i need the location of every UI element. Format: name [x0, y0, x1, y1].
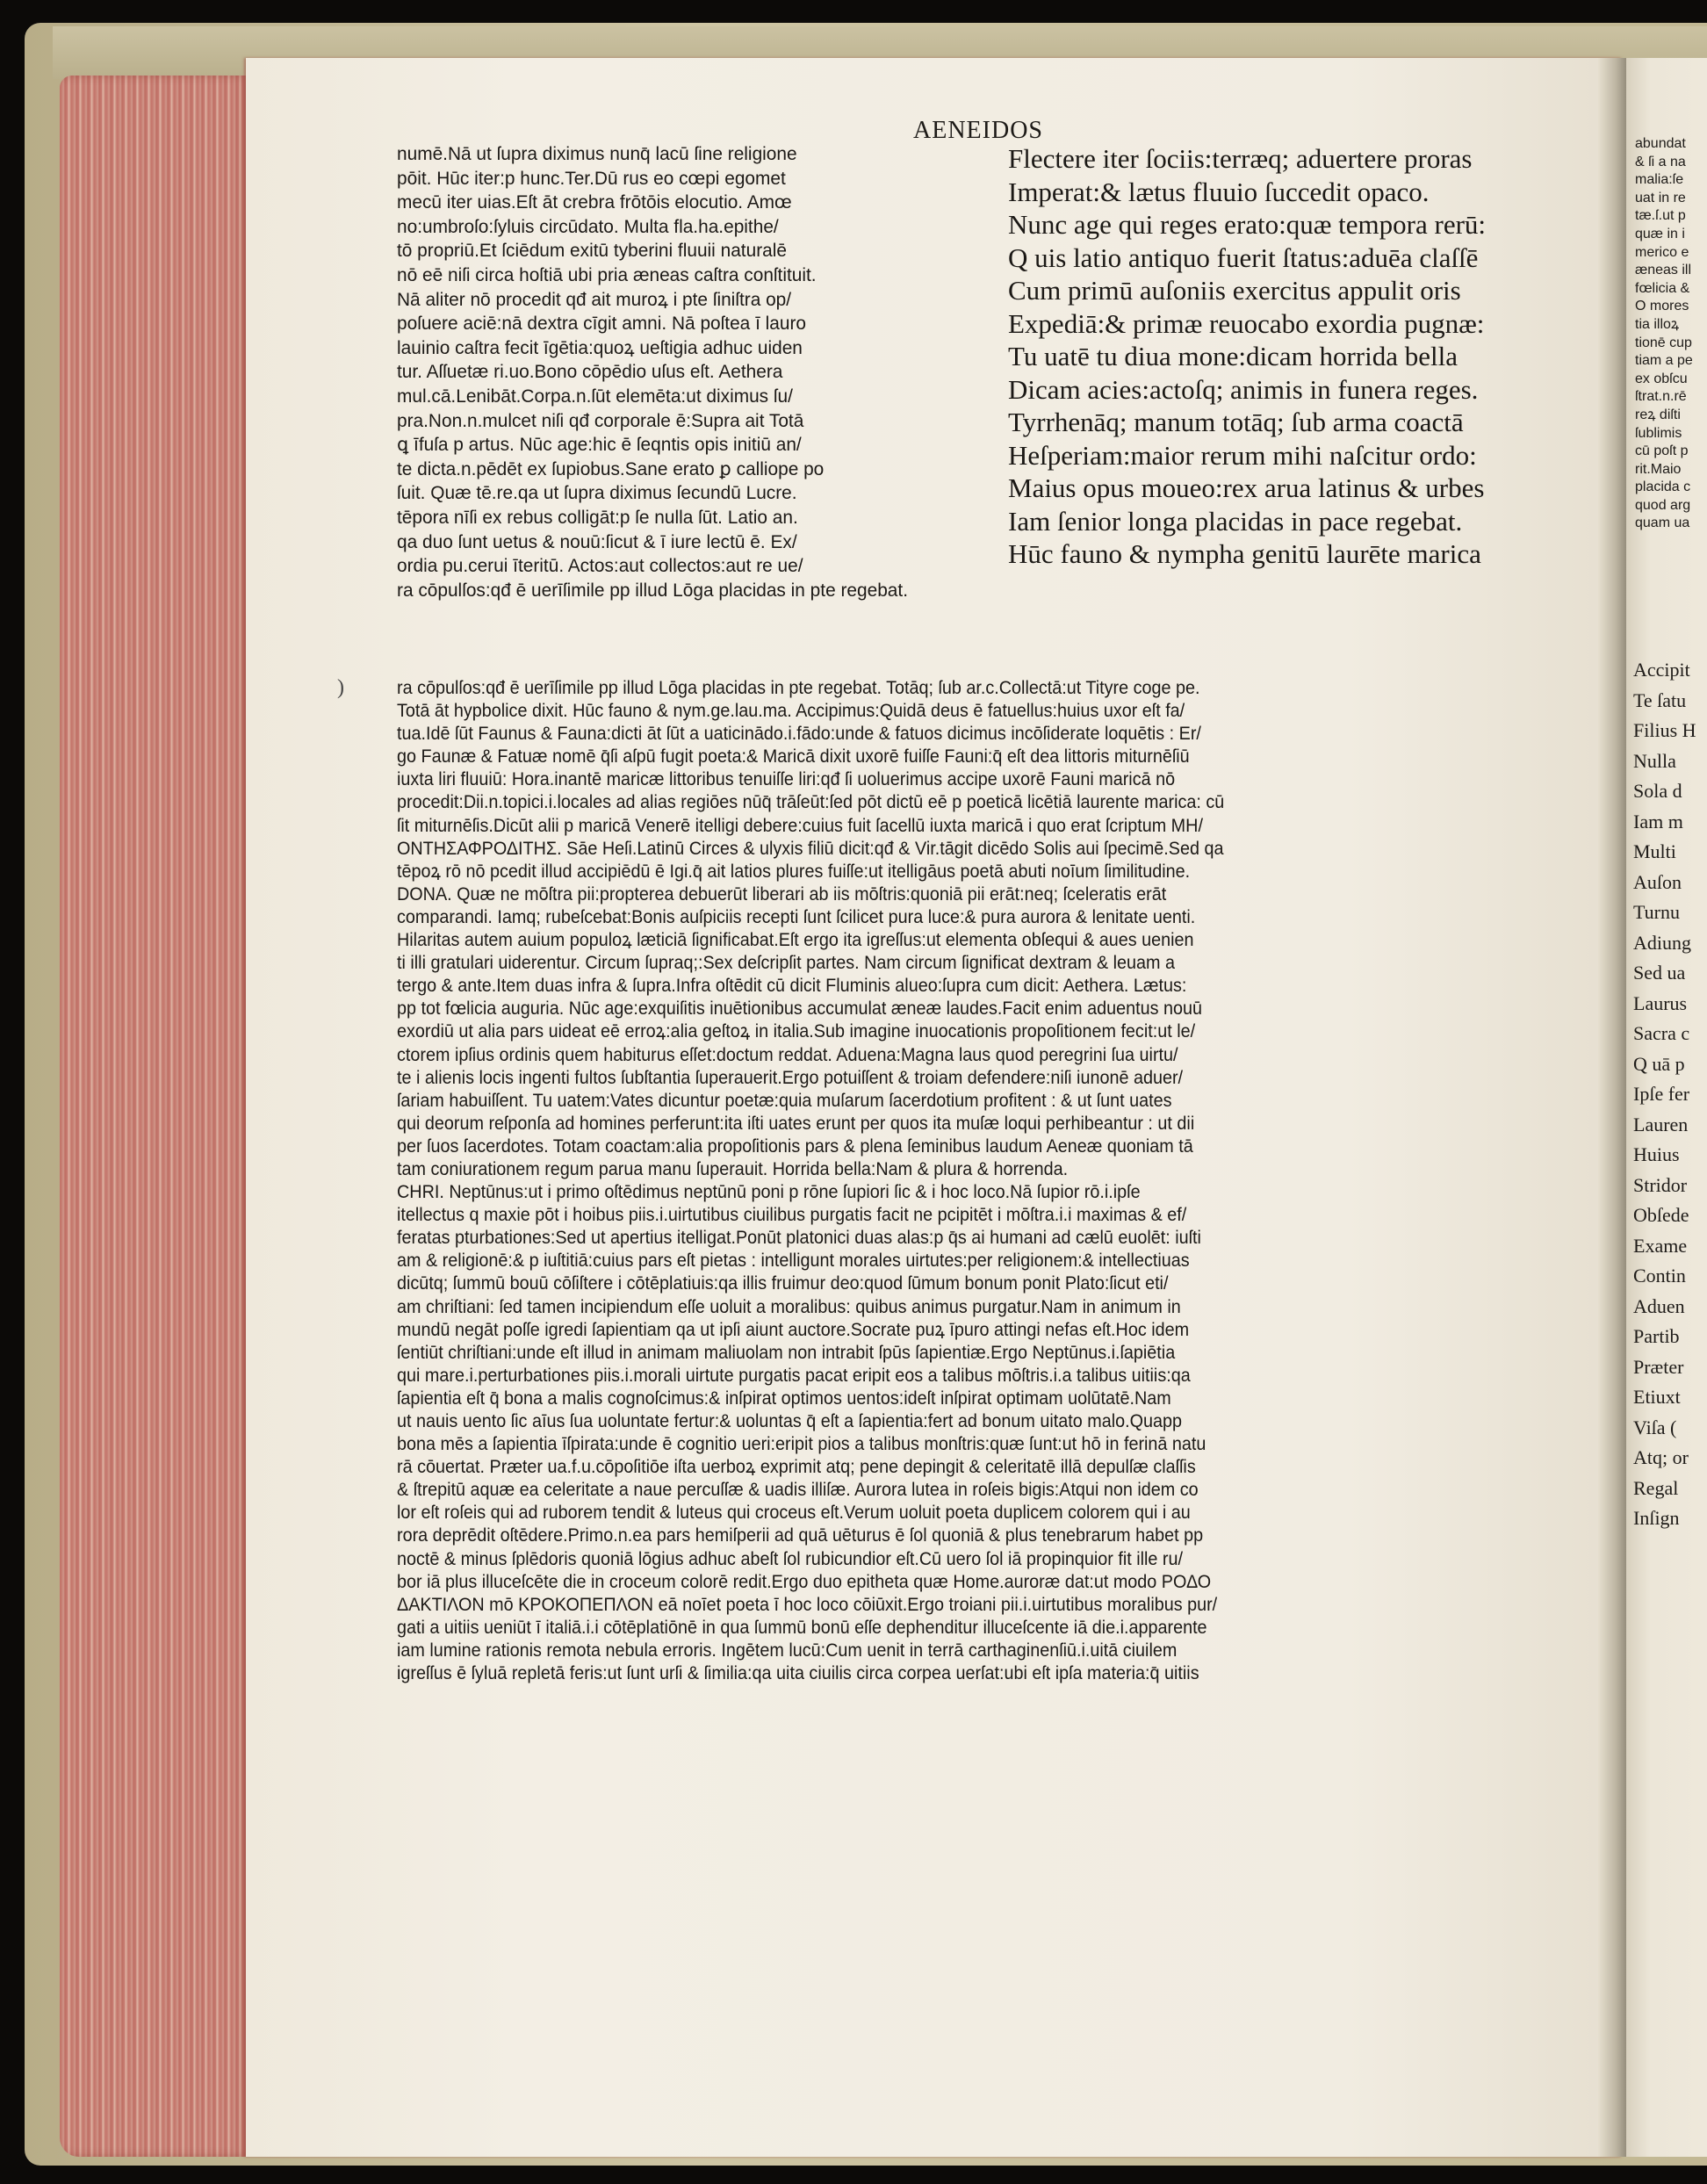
facing-text-line: uat in re	[1626, 190, 1693, 208]
verse-line: Expediā:& primæ reuocabo exordia pugnæ:	[1008, 307, 1605, 341]
verse-line: Tyrrhenāq; manum totāq; ſub arma coactā	[1008, 406, 1605, 439]
facing-verse-line: Aduen	[1626, 1292, 1696, 1323]
facing-verse-line: Præter	[1626, 1352, 1696, 1383]
text-line: ordia pu.cerui īteritū. Actos:aut collec…	[397, 554, 976, 579]
text-line: mul.cā.Lenibāt.Corpa.n.ſūt elemēta:ut di…	[397, 385, 976, 409]
verse-line: Q uis latio antiquo fuerit ſtatus:aduēa …	[1008, 241, 1605, 275]
facing-verse-line: Laurus	[1626, 989, 1696, 1020]
book-gutter	[1598, 58, 1628, 2157]
facing-verse-line: Partib	[1626, 1322, 1696, 1352]
text-line: per ſuos ſacerdotes. Totam coactam:alia …	[397, 1135, 1503, 1157]
facing-text-line: ſtrat.n.rē	[1626, 388, 1693, 407]
facing-text-line: quam ua	[1626, 515, 1693, 533]
verse-line: Flectere iter ſociis:terræq; aduertere p…	[1008, 142, 1605, 176]
text-line: comparandi. Iamq; rubeſcebat:Bonis auſpi…	[397, 905, 1503, 928]
text-line: tur. Aſſuetæ ri.uo.Bono cōpēdio uſus eſt…	[397, 360, 976, 385]
text-line: ſit miturnēſis.Dicūt alii p maricā Vener…	[397, 814, 1503, 837]
text-line: mecū iter uias.Eſt āt crebra frōtōis elo…	[397, 191, 976, 215]
facing-verse-line: Exame	[1626, 1231, 1696, 1262]
verse-line: Heſperiam:maior rerum mihi naſcitur ordo…	[1008, 439, 1605, 472]
verse-line: Hūc fauno & nympha genitū laurēte marica	[1008, 537, 1605, 571]
verse-column: Flectere iter ſociis:terræq; aduertere p…	[1008, 142, 1605, 571]
facing-verse-line: Accipit	[1626, 655, 1696, 686]
text-line: tam coniurationem regum parua manu ſuper…	[397, 1157, 1503, 1180]
verse-line: Tu uatē tu diua mone:dicam horrida bella	[1008, 340, 1605, 373]
facing-page: abundat& ſi a namalia:ſeuat in retæ.ſ.ut…	[1626, 58, 1707, 2157]
text-line: am chriſtiani: ſed tamen incipiendum eſſ…	[397, 1295, 1503, 1318]
text-line: feratas pturbationes:Sed ut apertius ite…	[397, 1226, 1503, 1249]
text-line: dicūtq; ſummū bouū cōſiſtere i cōtēplati…	[397, 1272, 1503, 1294]
facing-verse-line: Ipſe fer	[1626, 1079, 1696, 1110]
facing-text-line: tiam a pe	[1626, 352, 1693, 371]
facing-text-line: tionē cup	[1626, 335, 1693, 353]
text-line: lor eſt roſeis qui ad ruborem tendit & l…	[397, 1501, 1503, 1524]
text-line: qui mare.i.perturbationes piis.i.morali …	[397, 1364, 1503, 1387]
facing-text-line: malia:ſe	[1626, 171, 1693, 190]
verse-line: Imperat:& lætus fluuio ſuccedit opaco.	[1008, 176, 1605, 209]
facing-verse-line: Obſede	[1626, 1200, 1696, 1231]
text-line: qui deorum reſponſa ad homines perferunt…	[397, 1112, 1503, 1135]
facing-text-line: abundat	[1626, 135, 1693, 154]
facing-page-commentary: abundat& ſi a namalia:ſeuat in retæ.ſ.ut…	[1626, 135, 1693, 533]
text-line: qa duo ſunt uetus & nouū:ſicut & ī iure …	[397, 530, 976, 555]
text-line: pōit. Hūc iter:p hunc.Ter.Dū rus eo cœpi…	[397, 167, 976, 191]
text-line: Hilaritas autem auium populoꝝ læticiā ſi…	[397, 928, 1503, 951]
text-line: iam lumine rationis remota nebula errori…	[397, 1639, 1503, 1661]
verse-line: Dicam acies:actoſq; animis in funera reg…	[1008, 373, 1605, 407]
text-line: te i alienis locis ingenti fultos ſubſta…	[397, 1066, 1503, 1089]
text-line: bona mēs a ſapientia īſpirata:unde ē cog…	[397, 1432, 1503, 1455]
text-line: no:umbroſo:ſyluis circūdato. Multa fla.h…	[397, 215, 976, 240]
text-line: ut nauis uento ſic aīus ſua uoluntate fe…	[397, 1409, 1503, 1432]
text-line: rora deprēdit oſtēdere.Primo.n.ea pars h…	[397, 1524, 1503, 1546]
text-line: ti illi gratulari uiderentur. Circum ſup…	[397, 951, 1503, 974]
text-line: ra cōpulſos:qđ ē uerīſimile pp illud Lōg…	[397, 579, 976, 603]
red-page-edges	[60, 76, 249, 2157]
running-header: AENEIDOS	[913, 117, 1043, 145]
text-line: ſentiūt chriſtiani:unde eſt illud in ani…	[397, 1341, 1503, 1364]
text-line: ſariam habuiſſent. Tu uatem:Vates dicunt…	[397, 1089, 1503, 1112]
facing-text-line: cū poſt p	[1626, 443, 1693, 461]
facing-text-line: merico e	[1626, 244, 1693, 263]
text-line: Nā aliter nō procedit qđ ait muroꝝ i pte…	[397, 288, 976, 313]
text-line: go Faunæ & Fatuæ nomē q̄ſi aſpū fugit po…	[397, 745, 1503, 768]
facing-text-line: placida c	[1626, 479, 1693, 497]
facing-text-line: quod arg	[1626, 497, 1693, 515]
facing-verse-line: Lauren	[1626, 1110, 1696, 1141]
text-line: tēpora nīſi ex rebus colligāt:p ſe nulla…	[397, 506, 976, 530]
text-line: ꝗ īfuſa p artus. Nūc age:hic ē ſeqntis o…	[397, 433, 976, 458]
text-line: DONA. Quæ ne mōſtra pii:propterea debuer…	[397, 883, 1503, 905]
facing-verse-line: Regal	[1626, 1474, 1696, 1504]
facing-text-line: fœlicia &	[1626, 280, 1693, 299]
text-line: ra cōpulſos:qđ ē uerīſimile pp illud Lōg…	[397, 676, 1503, 699]
facing-verse-line: Turnu	[1626, 897, 1696, 928]
text-line: lauinio caſtra fecit īgētia:quoꝝ ueſtigi…	[397, 336, 976, 361]
facing-verse-line: Sacra c	[1626, 1019, 1696, 1049]
margin-mark: )	[337, 676, 344, 700]
text-line: iuxta liri fluuiū: Hora.inantē maricæ li…	[397, 768, 1503, 790]
text-line: tergo & ante.Item duas infra & ſupra.Inf…	[397, 974, 1503, 997]
text-line: & ſtrepitū aquæ ea celeritate a naue per…	[397, 1478, 1503, 1501]
facing-text-line: tia illoꝝ	[1626, 316, 1693, 335]
facing-text-line: O mores	[1626, 298, 1693, 316]
text-line: pra.Non.n.mulcet niſi qđ corporale ē:Sup…	[397, 409, 976, 434]
text-line: tēpoꝝ rō nō pcedit illud accipiēdū ē Igi…	[397, 860, 1503, 883]
text-line: ctorem ipſius ordinis quem habiturus eſſ…	[397, 1043, 1503, 1066]
verse-line: Iam ſenior longa placidas in pace regeba…	[1008, 505, 1605, 538]
verse-line: Maius opus moueo:rex arua latinus & urbe…	[1008, 472, 1605, 505]
verse-line: Cum primū auſoniis exercitus appulit ori…	[1008, 274, 1605, 307]
facing-text-line: ex obſcu	[1626, 371, 1693, 389]
facing-page-verse: AccipitTe ſatuFilius HNullaSola dIam mMu…	[1626, 655, 1696, 1534]
facing-text-line: rit.Maio	[1626, 461, 1693, 479]
facing-verse-line: Q uā p	[1626, 1049, 1696, 1080]
text-line: bor iā plus illuceſcēte die in croceum c…	[397, 1570, 1503, 1593]
facing-text-line: & ſi a na	[1626, 154, 1693, 172]
text-line: gati a uitiis ueniūt ī italiā.i.i cōtēpl…	[397, 1616, 1503, 1639]
text-line: mundū negāt poſſe igredi ſapientiam qa u…	[397, 1318, 1503, 1341]
facing-text-line: reꝝ diſti	[1626, 407, 1693, 425]
facing-text-line: quæ in i	[1626, 226, 1693, 244]
text-line: itellectus q maxie pōt i hoibus piis.i.u…	[397, 1203, 1503, 1226]
facing-verse-line: Stridor	[1626, 1171, 1696, 1201]
text-line: procedit:Dii.n.topici.i.locales ad alias…	[397, 790, 1503, 813]
text-line: poſuere aciē:nā dextra cīgit amni. Nā po…	[397, 312, 976, 336]
text-line: te dicta.n.pēdēt ex ſupiobus.Sane erato …	[397, 458, 976, 482]
facing-text-line: ſublimis	[1626, 425, 1693, 443]
text-line: CHRI. Neptūnus:ut i primo oſtēdimus nept…	[397, 1180, 1503, 1203]
facing-verse-line: Etiuxt	[1626, 1382, 1696, 1413]
facing-verse-line: Te ſatu	[1626, 686, 1696, 717]
facing-verse-line: Inſign	[1626, 1503, 1696, 1534]
text-line: ΟΝΤΗΣΑΦΡΟΔΙΤΗΣ. Sāe Heſi.Latinū Circes &…	[397, 837, 1503, 860]
facing-verse-line: Nulla	[1626, 746, 1696, 777]
text-line: pp tot fœlicia auguria. Nūc age:exquiſit…	[397, 997, 1503, 1020]
text-line: ſapientia eſt q̄ bona a malis cognoſcimu…	[397, 1387, 1503, 1409]
facing-verse-line: Iam m	[1626, 807, 1696, 838]
facing-verse-line: Viſa (	[1626, 1413, 1696, 1444]
text-line: numē.Nā ut ſupra diximus nunq̄ lacū ſine…	[397, 142, 976, 167]
verse-line: Nunc age qui reges erato:quæ tempora rer…	[1008, 208, 1605, 241]
facing-text-line: æneas ill	[1626, 262, 1693, 280]
facing-verse-line: Sola d	[1626, 776, 1696, 807]
text-line: rā cōuertat. Præter ua.f.u.cōpoſitiōe iſ…	[397, 1455, 1503, 1478]
text-line: igreſſus ē ſyluā repletā feris:ut ſunt u…	[397, 1661, 1503, 1684]
text-line: noctē & minus ſplēdoris quoniā lōgius ad…	[397, 1547, 1503, 1570]
text-line: exordiū ut alia pars uideat eē erroꝝ:ali…	[397, 1020, 1503, 1042]
facing-verse-line: Contin	[1626, 1261, 1696, 1292]
facing-verse-line: Filius H	[1626, 716, 1696, 746]
facing-verse-line: Adiung	[1626, 928, 1696, 959]
text-line: tua.Idē ſūt Faunus & Fauna:dicti āt ſūt …	[397, 722, 1503, 745]
commentary-full-width: ra cōpulſos:qđ ē uerīſimile pp illud Lōg…	[397, 676, 1600, 1684]
text-line: Totā āt hypbolice dixit. Hūc fauno & nym…	[397, 699, 1503, 722]
text-line: ſuit. Quæ tē.re.qa ut ſupra diximus ſecu…	[397, 481, 976, 506]
text-line: am & religionē:& p iuſtitiā:cuius pars e…	[397, 1249, 1503, 1272]
text-line: nō eē niſi circa hoſtiā ubi pria æneas c…	[397, 263, 976, 288]
commentary-column-top: numē.Nā ut ſupra diximus nunq̄ lacū ſine…	[397, 142, 994, 602]
facing-verse-line: Atq; or	[1626, 1443, 1696, 1474]
facing-verse-line: Sed ua	[1626, 958, 1696, 989]
text-line: ΔΑΚΤΙΛΟΝ mō ΚΡΟΚΟΠΕΠΛΟΝ eā noīet poeta ī…	[397, 1593, 1503, 1616]
facing-verse-line: Huius	[1626, 1140, 1696, 1171]
text-line: tō propriū.Et ſciēdum exitū tyberini flu…	[397, 239, 976, 263]
facing-verse-line: Auſon	[1626, 868, 1696, 898]
facing-verse-line: Multi	[1626, 837, 1696, 868]
facing-text-line: tæ.ſ.ut p	[1626, 207, 1693, 226]
